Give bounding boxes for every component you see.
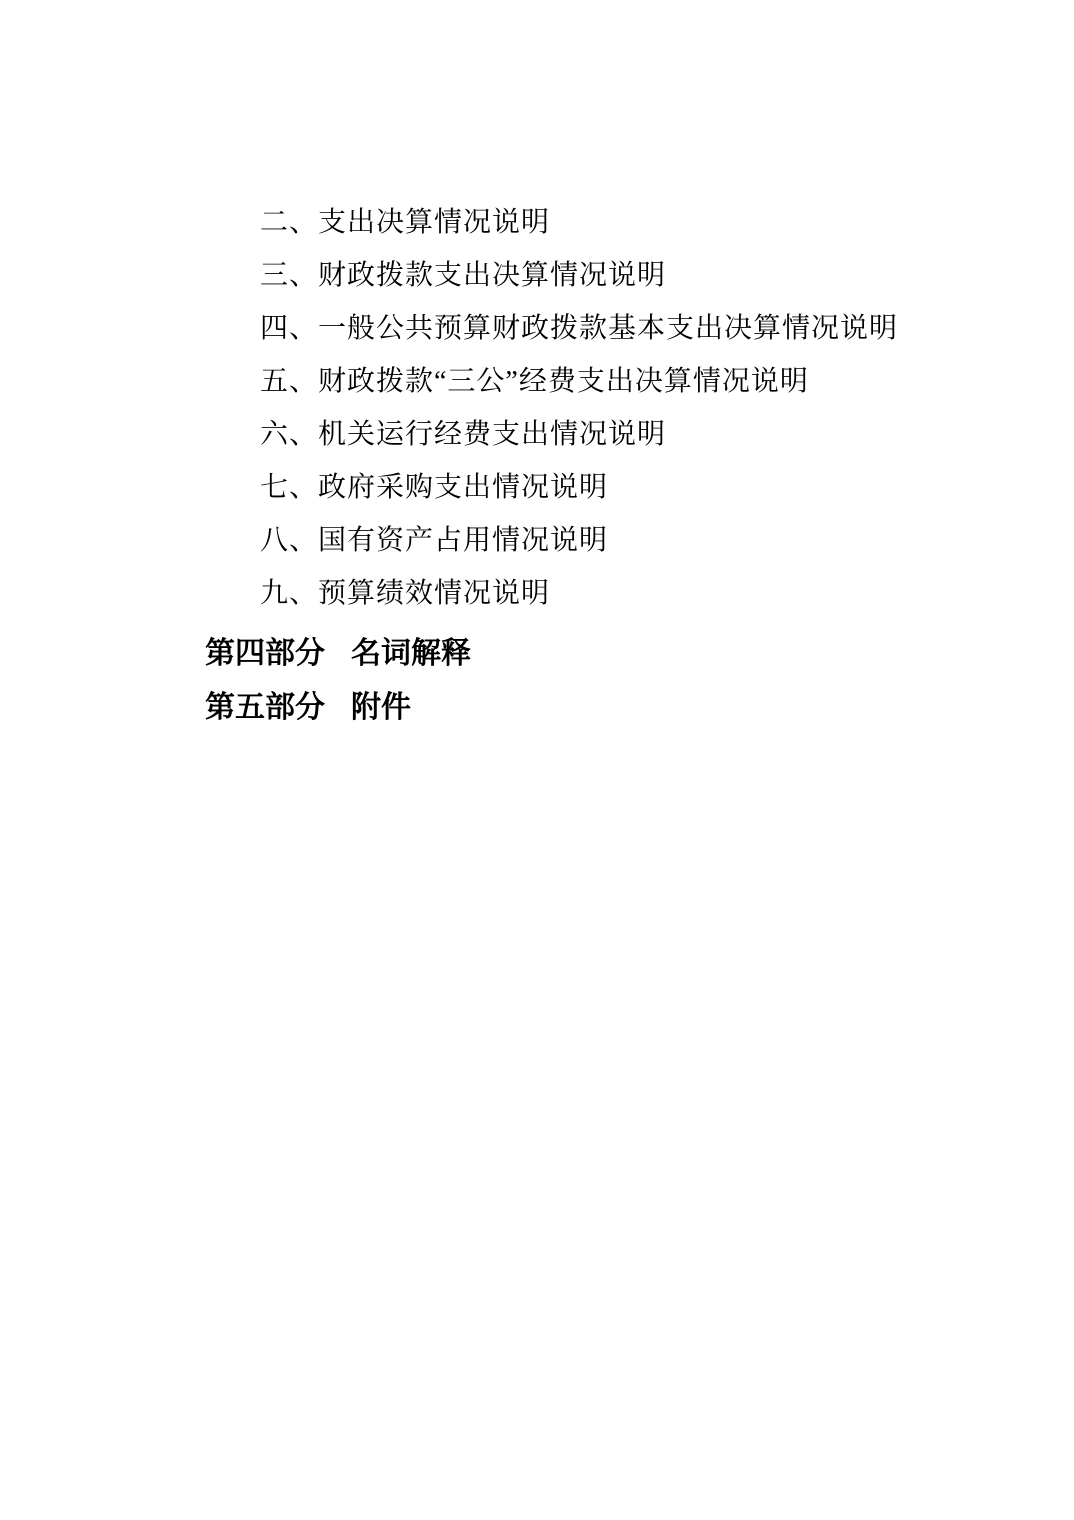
toc-item: 八、国有资产占用情况说明	[205, 514, 965, 567]
document-page: 二、支出决算情况说明 三、财政拨款支出决算情况说明 四、一般公共预算财政拨款基本…	[0, 0, 1074, 1520]
toc-item: 九、预算绩效情况说明	[205, 567, 965, 620]
toc-item: 六、机关运行经费支出情况说明	[205, 408, 965, 461]
toc-item: 四、一般公共预算财政拨款基本支出决算情况说明	[205, 302, 965, 355]
part-heading: 第四部分名词解释	[205, 627, 965, 681]
part-number: 第四部分	[205, 637, 325, 670]
toc-item: 五、财政拨款“三公”经费支出决算情况说明	[205, 355, 965, 408]
toc-item: 七、政府采购支出情况说明	[205, 461, 965, 514]
part-title: 名词解释	[351, 637, 471, 670]
toc-item: 三、财政拨款支出决算情况说明	[205, 249, 965, 302]
part-title: 附件	[351, 691, 411, 724]
part-heading: 第五部分附件	[205, 681, 965, 735]
toc-item: 二、支出决算情况说明	[205, 196, 965, 249]
part-number: 第五部分	[205, 691, 325, 724]
table-of-contents: 二、支出决算情况说明 三、财政拨款支出决算情况说明 四、一般公共预算财政拨款基本…	[205, 196, 965, 735]
